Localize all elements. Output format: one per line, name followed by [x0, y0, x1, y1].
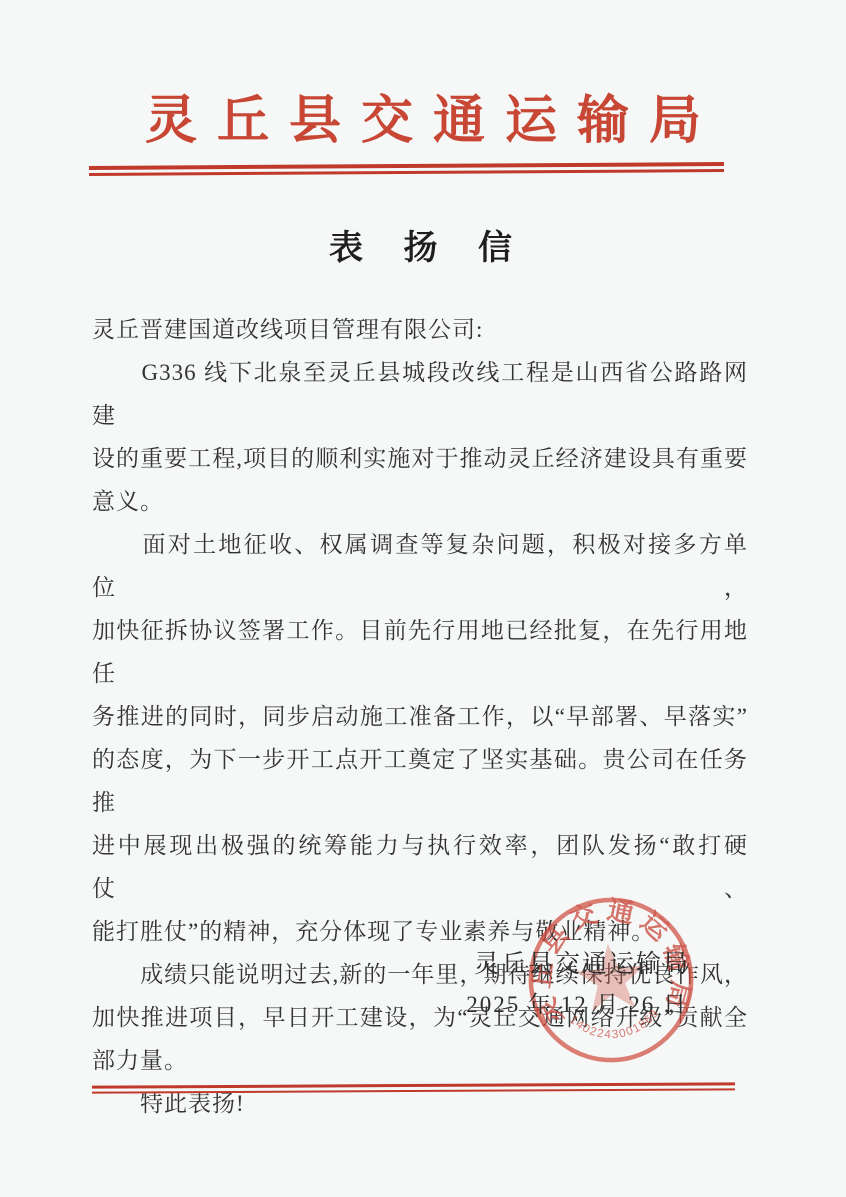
letterhead-title: 灵丘县交通运输局	[0, 94, 846, 150]
official-seal-stamp: 灵丘县交通运输局 1402243001869	[512, 881, 709, 1078]
body-line: 面对土地征收、权属调查等复杂问题，积极对接多方单位，	[92, 523, 748, 609]
body-line: G336 线下北泉至灵丘县城段改线工程是山西省公路路网建	[92, 351, 748, 437]
document-page: 灵丘县交通运输局 表 扬 信 灵丘晋建国道改线项目管理有限公司: G336 线下…	[0, 0, 846, 1197]
body-line: 意义。	[92, 480, 748, 523]
signature-date: 2025 年 12 月 26 日	[466, 986, 688, 1019]
letterhead-divider	[89, 162, 724, 176]
signature-org: 灵丘县交通运输局	[474, 944, 690, 980]
body-line: 设的重要工程,项目的顺利实施对于推动灵丘经济建设具有重要	[92, 437, 748, 480]
body-line: 的态度，为下一步开工点开工奠定了坚实基础。贵公司在任务推	[92, 738, 748, 824]
salutation: 灵丘晋建国道改线项目管理有限公司:	[92, 308, 748, 351]
body-line: 加快征拆协议签署工作。目前先行用地已经批复，在先行用地任	[92, 609, 748, 695]
document-title: 表 扬 信	[0, 220, 846, 269]
body-line: 务推进的同时，同步启动施工准备工作，以“早部署、早落实”	[92, 695, 748, 738]
